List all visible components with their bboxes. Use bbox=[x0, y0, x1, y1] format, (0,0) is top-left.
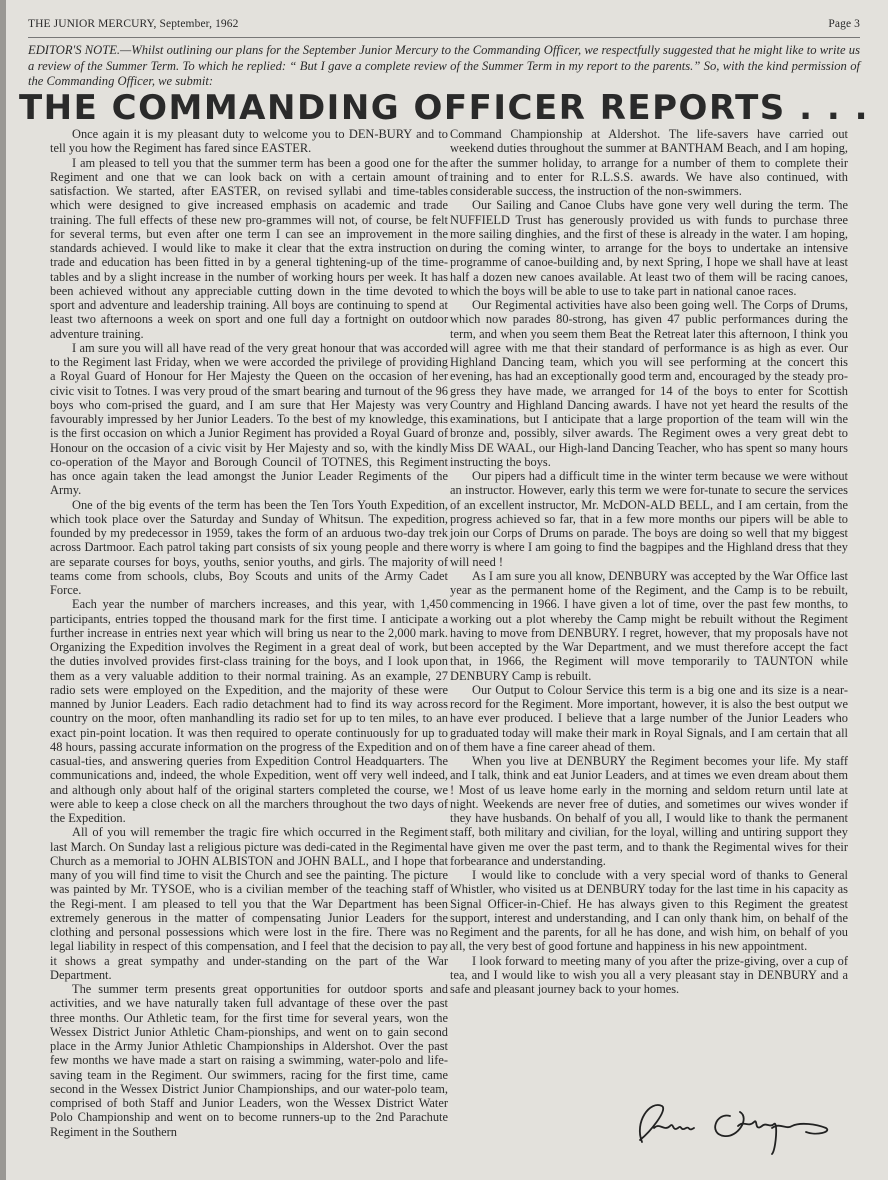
publication-title: THE JUNIOR MERCURY, September, 1962 bbox=[28, 18, 238, 30]
paragraph: Once again it is my pleasant duty to wel… bbox=[50, 127, 448, 156]
paragraph: Each year the number of marchers increas… bbox=[50, 597, 448, 825]
paragraph: Our pipers had a difficult time in the w… bbox=[450, 469, 848, 569]
paragraph: I am sure you will all have read of the … bbox=[50, 341, 448, 498]
paragraph: The summer term presents great opportuni… bbox=[50, 982, 448, 1139]
page-header: THE JUNIOR MERCURY, September, 1962 Page… bbox=[28, 18, 860, 38]
paragraph: Command Championship at Aldershot. The l… bbox=[450, 127, 848, 198]
paragraph: Our Regimental activities have also been… bbox=[450, 298, 848, 469]
editors-note: EDITOR'S NOTE.—Whilst outlining our plan… bbox=[28, 43, 860, 90]
left-column: Once again it is my pleasant duty to wel… bbox=[50, 127, 448, 1139]
page-number: Page 3 bbox=[828, 18, 860, 30]
signature bbox=[620, 1092, 850, 1162]
article-title: THE COMMANDING OFFICER REPORTS . . . bbox=[0, 88, 888, 128]
paragraph: I would like to conclude with a very spe… bbox=[450, 868, 848, 954]
page-binding-edge bbox=[0, 0, 6, 1180]
handwritten-signature-icon bbox=[620, 1092, 850, 1162]
paragraph: One of the big events of the term has be… bbox=[50, 498, 448, 598]
right-column: Command Championship at Aldershot. The l… bbox=[450, 127, 848, 996]
paragraph: Our Sailing and Canoe Clubs have gone ve… bbox=[450, 198, 848, 298]
paragraph: When you live at DENBURY the Regiment be… bbox=[450, 754, 848, 868]
paragraph: As I am sure you all know, DENBURY was a… bbox=[450, 569, 848, 683]
paragraph: I am pleased to tell you that the summer… bbox=[50, 156, 448, 341]
paragraph: All of you will remember the tragic fire… bbox=[50, 825, 448, 982]
paragraph: I look forward to meeting many of you af… bbox=[450, 954, 848, 997]
paragraph: Our Output to Colour Service this term i… bbox=[450, 683, 848, 754]
